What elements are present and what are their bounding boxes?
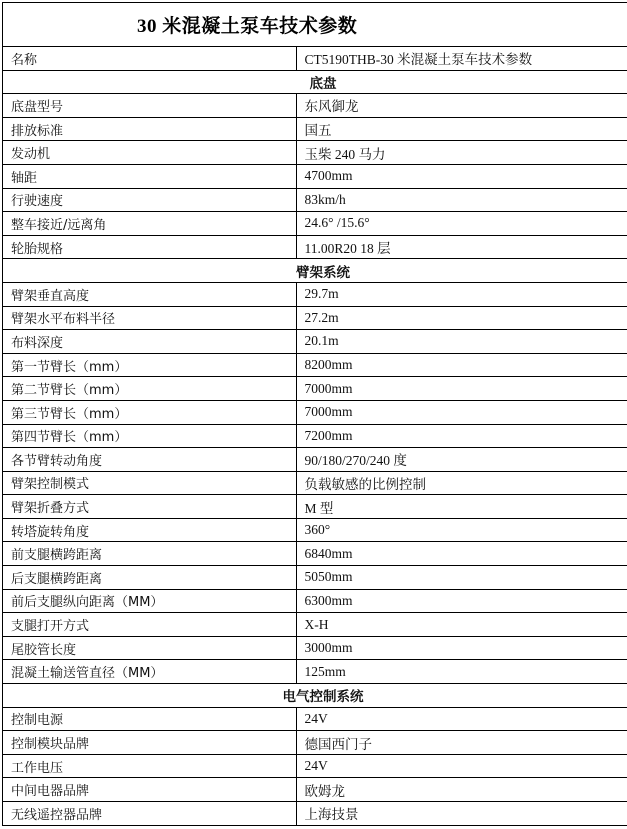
table-row: 控制模块品牌德国西门子 xyxy=(3,731,627,755)
section-heading: 电气控制系统 xyxy=(3,684,627,708)
title-row: 30 米混凝土泵车技术参数 xyxy=(3,3,627,47)
row-value: 7000mm xyxy=(296,377,627,401)
row-label: 整车接近/远离角 xyxy=(3,212,296,236)
table-row: 工作电压24V xyxy=(3,754,627,778)
row-value: 360° xyxy=(296,518,627,542)
row-label: 轴距 xyxy=(3,164,296,188)
table-row: 第三节臂长（mm）7000mm xyxy=(3,400,627,424)
row-value: 5050mm xyxy=(296,566,627,590)
table-row: 臂架折叠方式M 型 xyxy=(3,495,627,519)
table-row: 第一节臂长（mm）8200mm xyxy=(3,353,627,377)
row-value: 6300mm xyxy=(296,589,627,613)
section-header-row: 臂架系统 xyxy=(3,259,627,283)
row-label: 臂架水平布料半径 xyxy=(3,306,296,330)
row-value: 11.00R20 18 层 xyxy=(296,235,627,259)
table-row-name: 名称 CT5190THB-30 米混凝土泵车技术参数 xyxy=(3,47,627,70)
row-value: 6840mm xyxy=(296,542,627,566)
row-label: 控制电源 xyxy=(3,707,296,731)
section-heading: 臂架系统 xyxy=(3,259,627,283)
row-label: 控制模块品牌 xyxy=(3,731,296,755)
row-value: CT5190THB-30 米混凝土泵车技术参数 xyxy=(296,47,627,70)
row-label: 混凝土输送管直径（MM） xyxy=(3,660,296,684)
row-value: 上海技景 xyxy=(296,802,627,826)
table-row: 臂架水平布料半径27.2m xyxy=(3,306,627,330)
page-title: 30 米混凝土泵车技术参数 xyxy=(137,11,357,38)
row-label: 行驶速度 xyxy=(3,188,296,212)
row-value: 3000mm xyxy=(296,636,627,660)
row-value: 83km/h xyxy=(296,188,627,212)
row-label: 中间电器品牌 xyxy=(3,778,296,802)
row-value: 125mm xyxy=(296,660,627,684)
row-value: M 型 xyxy=(296,495,627,519)
row-label: 支腿打开方式 xyxy=(3,613,296,637)
table-row: 中间电器品牌欧姆龙 xyxy=(3,778,627,802)
row-label: 布料深度 xyxy=(3,330,296,354)
row-value: 欧姆龙 xyxy=(296,778,627,802)
table-row: 发动机玉柴 240 马力 xyxy=(3,141,627,165)
row-value: 27.2m xyxy=(296,306,627,330)
row-value: 24.6° /15.6° xyxy=(296,212,627,236)
table-row: 轴距4700mm xyxy=(3,164,627,188)
row-label: 第二节臂长（mm） xyxy=(3,377,296,401)
table-row: 后支腿横跨距离5050mm xyxy=(3,566,627,590)
table-row: 尾胶管长度3000mm xyxy=(3,636,627,660)
table-row: 无线遥控器品牌上海技景 xyxy=(3,802,627,826)
row-value: 东风御龙 xyxy=(296,94,627,118)
table-row: 控制电源24V xyxy=(3,707,627,731)
table-row: 各节臂转动角度90/180/270/240 度 xyxy=(3,448,627,472)
section-header-row: 底盘 xyxy=(3,70,627,94)
row-value: 90/180/270/240 度 xyxy=(296,448,627,472)
row-label: 发动机 xyxy=(3,141,296,165)
row-label: 尾胶管长度 xyxy=(3,636,296,660)
row-label: 臂架控制模式 xyxy=(3,471,296,495)
table-row: 臂架控制模式负载敏感的比例控制 xyxy=(3,471,627,495)
table-row: 臂架垂直高度29.7m xyxy=(3,282,627,306)
row-label: 底盘型号 xyxy=(3,94,296,118)
section-heading: 底盘 xyxy=(3,70,627,94)
row-label: 转塔旋转角度 xyxy=(3,518,296,542)
row-value: 7000mm xyxy=(296,400,627,424)
table-row: 前后支腿纵向距离（MM）6300mm xyxy=(3,589,627,613)
table-row: 布料深度20.1m xyxy=(3,330,627,354)
row-value: 德国西门子 xyxy=(296,731,627,755)
table-row: 前支腿横跨距离6840mm xyxy=(3,542,627,566)
table-row: 第四节臂长（mm）7200mm xyxy=(3,424,627,448)
table-row: 混凝土输送管直径（MM）125mm xyxy=(3,660,627,684)
row-value: 4700mm xyxy=(296,164,627,188)
row-value: 国五 xyxy=(296,117,627,141)
section-header-row: 电气控制系统 xyxy=(3,684,627,708)
row-label: 第三节臂长（mm） xyxy=(3,400,296,424)
row-value: 负载敏感的比例控制 xyxy=(296,471,627,495)
row-value: X-H xyxy=(296,613,627,637)
row-label: 工作电压 xyxy=(3,754,296,778)
table-row: 整车接近/远离角24.6° /15.6° xyxy=(3,212,627,236)
table-row: 支腿打开方式X-H xyxy=(3,613,627,637)
row-label: 前支腿横跨距离 xyxy=(3,542,296,566)
row-label: 无线遥控器品牌 xyxy=(3,802,296,826)
row-label: 排放标准 xyxy=(3,117,296,141)
row-value: 20.1m xyxy=(296,330,627,354)
row-label: 轮胎规格 xyxy=(3,235,296,259)
table-row: 轮胎规格11.00R20 18 层 xyxy=(3,235,627,259)
table-row: 行驶速度83km/h xyxy=(3,188,627,212)
row-value: 24V xyxy=(296,707,627,731)
row-label: 臂架折叠方式 xyxy=(3,495,296,519)
row-value: 29.7m xyxy=(296,282,627,306)
table-row: 第二节臂长（mm）7000mm xyxy=(3,377,627,401)
table-row: 转塔旋转角度360° xyxy=(3,518,627,542)
spec-sheet: 30 米混凝土泵车技术参数 名称 CT5190THB-30 米混凝土泵车技术参数… xyxy=(2,2,627,826)
row-value: 7200mm xyxy=(296,424,627,448)
row-value: 24V xyxy=(296,754,627,778)
table-row: 底盘型号东风御龙 xyxy=(3,94,627,118)
row-label: 臂架垂直高度 xyxy=(3,282,296,306)
row-label: 前后支腿纵向距离（MM） xyxy=(3,589,296,613)
row-label: 名称 xyxy=(3,47,296,70)
row-value: 玉柴 240 马力 xyxy=(296,141,627,165)
row-label: 各节臂转动角度 xyxy=(3,448,296,472)
spec-table: 名称 CT5190THB-30 米混凝土泵车技术参数 底盘底盘型号东风御龙排放标… xyxy=(3,47,627,826)
row-value: 8200mm xyxy=(296,353,627,377)
row-label: 第一节臂长（mm） xyxy=(3,353,296,377)
row-label: 第四节臂长（mm） xyxy=(3,424,296,448)
row-label: 后支腿横跨距离 xyxy=(3,566,296,590)
table-row: 排放标准国五 xyxy=(3,117,627,141)
